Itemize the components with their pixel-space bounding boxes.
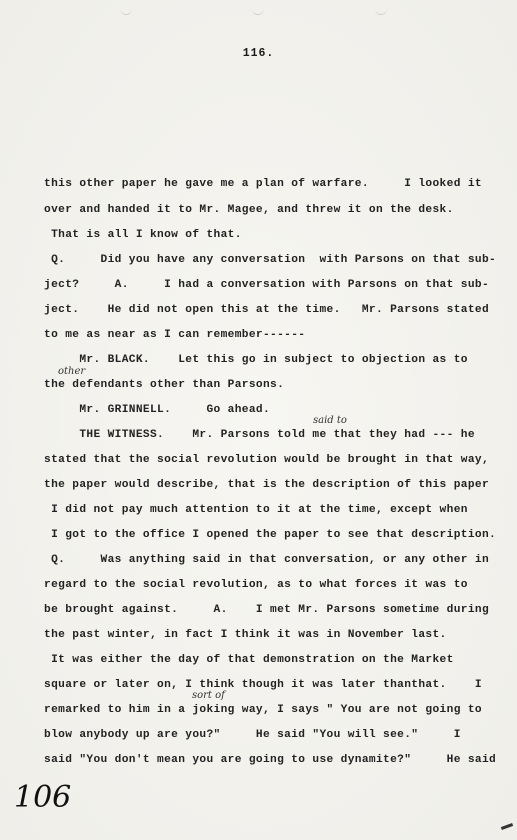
handwritten-insert-other: other — [58, 366, 85, 377]
punch-hole-mark — [375, 2, 387, 15]
transcript-line: regard to the social revolution, as to w… — [44, 579, 468, 591]
transcript-line: Mr. GRINNELL. Go ahead. — [44, 404, 270, 416]
transcript-line: said "You don't mean you are going to us… — [44, 754, 496, 766]
transcript-line: It was either the day of that demonstrat… — [44, 654, 454, 666]
handwritten-insert-sort-of: sort of — [192, 690, 225, 701]
transcript-line: ject? A. I had a conversation with Parso… — [44, 279, 489, 291]
transcript-line: square or later on, I think though it wa… — [44, 679, 482, 691]
transcript-line: Mr. BLACK. Let this go in subject to obj… — [44, 354, 468, 366]
handwritten-folio-number: 106 — [14, 780, 71, 815]
transcript-line: the defendants other than Parsons. — [44, 379, 284, 391]
transcript-line: I did not pay much attention to it at th… — [44, 504, 468, 516]
transcript-line: That is all I know of that. — [44, 229, 242, 241]
transcript-line: over and handed it to Mr. Magee, and thr… — [44, 204, 454, 216]
page-number: 116. — [0, 47, 517, 60]
transcript-line: stated that the social revolution would … — [44, 454, 489, 466]
transcript-line: remarked to him in a joking way, I says … — [44, 704, 482, 716]
handwritten-insert-said-to: said to — [313, 415, 347, 426]
punch-hole-mark — [120, 2, 132, 15]
transcript-line: the paper would describe, that is the de… — [44, 479, 489, 491]
transcript-line: to me as near as I can remember------ — [44, 329, 305, 341]
transcript-line: THE WITNESS. Mr. Parsons told me that th… — [44, 429, 475, 441]
transcript-line: blow anybody up are you?" He said "You w… — [44, 729, 461, 741]
document-page: 116. this other paper he gave me a plan … — [0, 0, 517, 840]
corner-mark — [501, 823, 513, 830]
transcript-line: this other paper he gave me a plan of wa… — [44, 178, 482, 190]
transcript-line: I got to the office I opened the paper t… — [44, 529, 496, 541]
transcript-line: be brought against. A. I met Mr. Parsons… — [44, 604, 489, 616]
transcript-line: ject. He did not open this at the time. … — [44, 304, 489, 316]
transcript-line: Q. Did you have any conversation with Pa… — [44, 254, 496, 266]
transcript-line: the past winter, in fact I think it was … — [44, 629, 447, 641]
transcript-line: Q. Was anything said in that conversatio… — [44, 554, 489, 566]
punch-hole-mark — [252, 2, 264, 15]
